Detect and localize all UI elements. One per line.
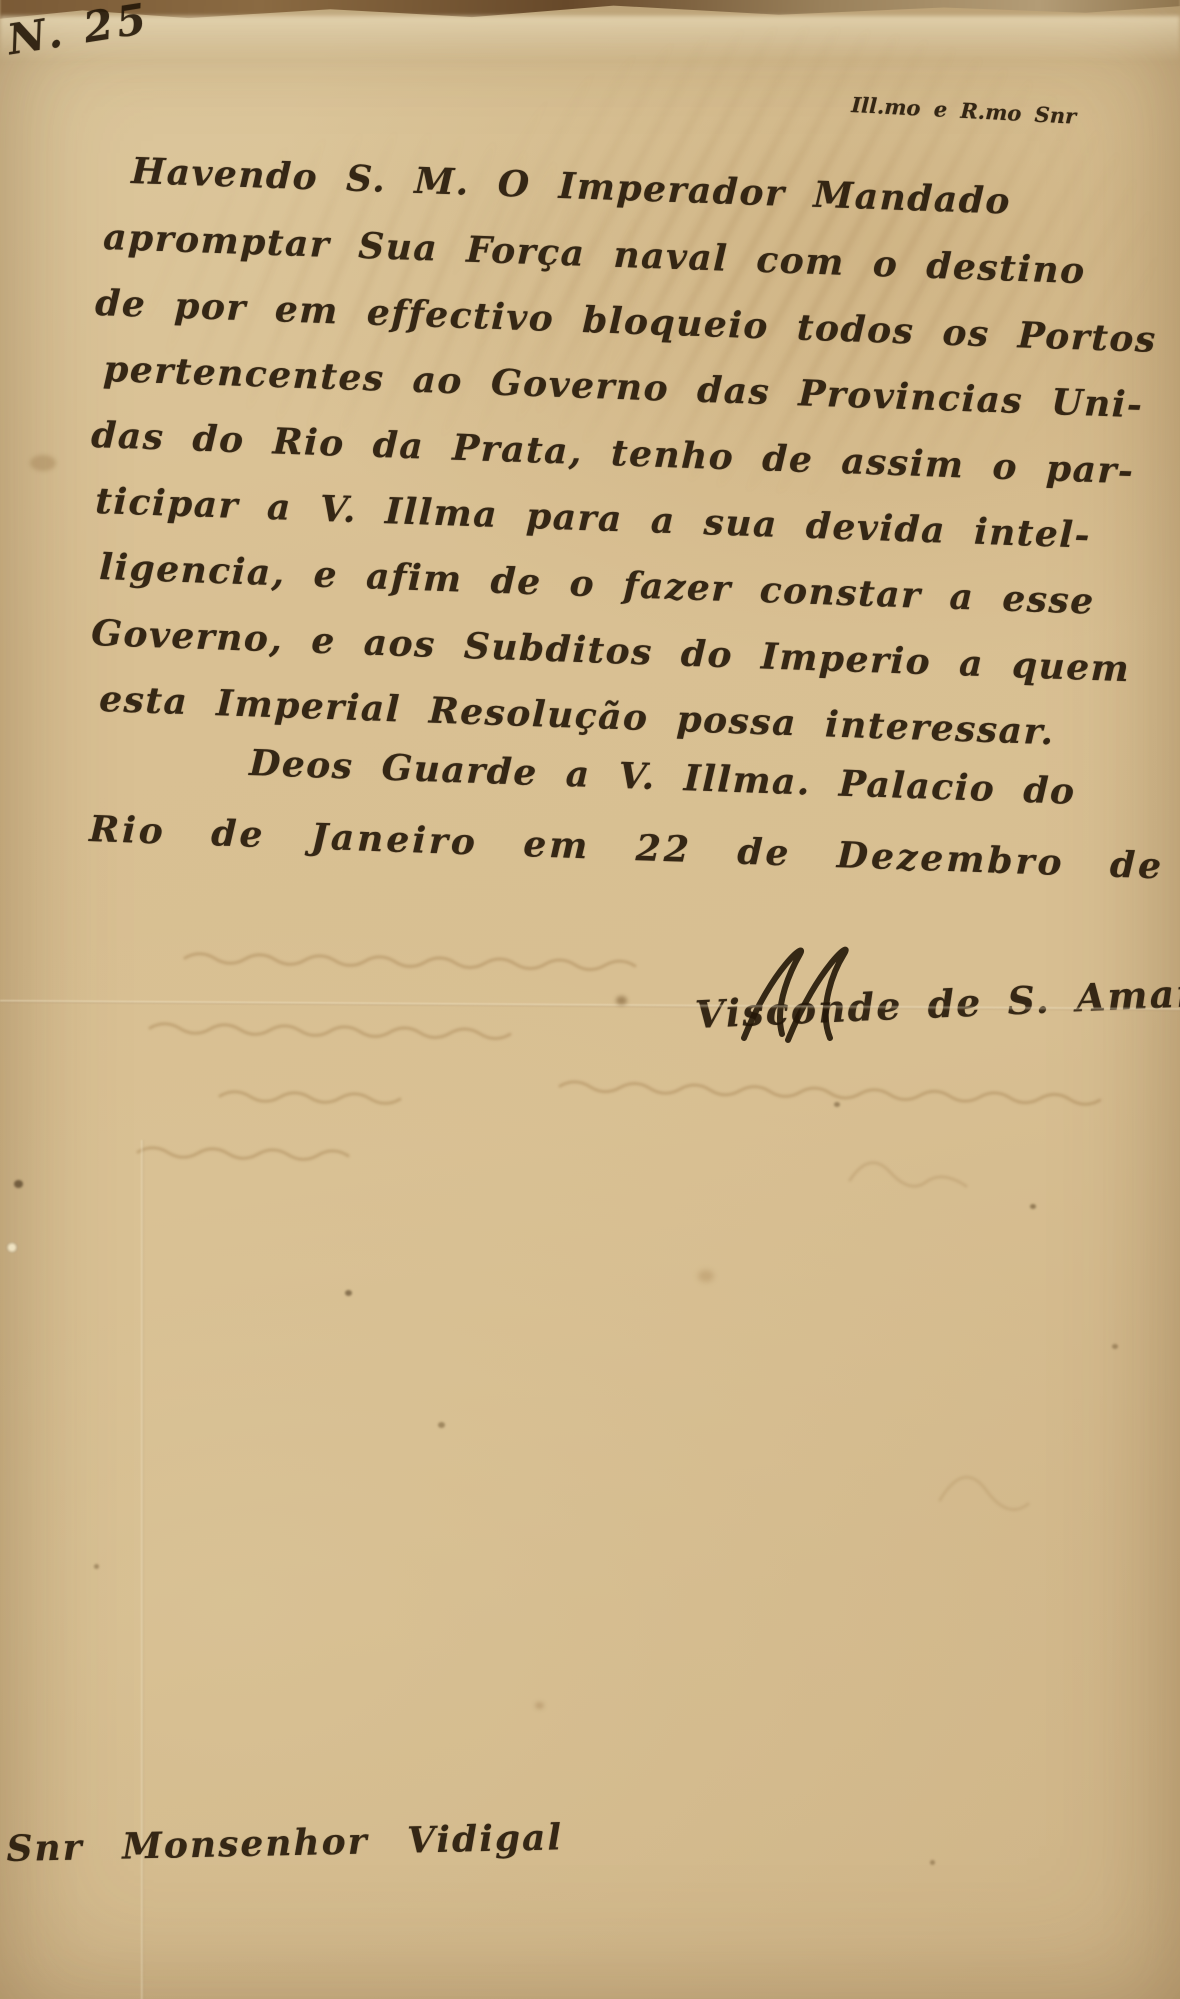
paper-blemish	[30, 455, 56, 471]
foxing-spot	[1030, 1204, 1036, 1209]
foxing-spot	[616, 996, 627, 1005]
foxing-spot	[930, 1860, 935, 1865]
foxing-spot	[1112, 1344, 1118, 1349]
foxing-spot	[698, 1270, 714, 1282]
foxing-spot	[94, 1564, 99, 1569]
foxing-spot	[345, 1290, 352, 1296]
manuscript-page: N. 25 Ill.mo e R.mo Snr Havendo S. M. O …	[0, 0, 1180, 1999]
bleed-through-ghost-text	[0, 0, 1180, 1999]
foxing-spot	[535, 1702, 544, 1709]
foxing-spot	[14, 1180, 23, 1188]
paper-blemish	[6, 1242, 18, 1253]
foxing-spot	[438, 1422, 445, 1428]
vertical-fold-crease	[141, 1140, 144, 1999]
foxing-spot	[834, 1102, 840, 1107]
